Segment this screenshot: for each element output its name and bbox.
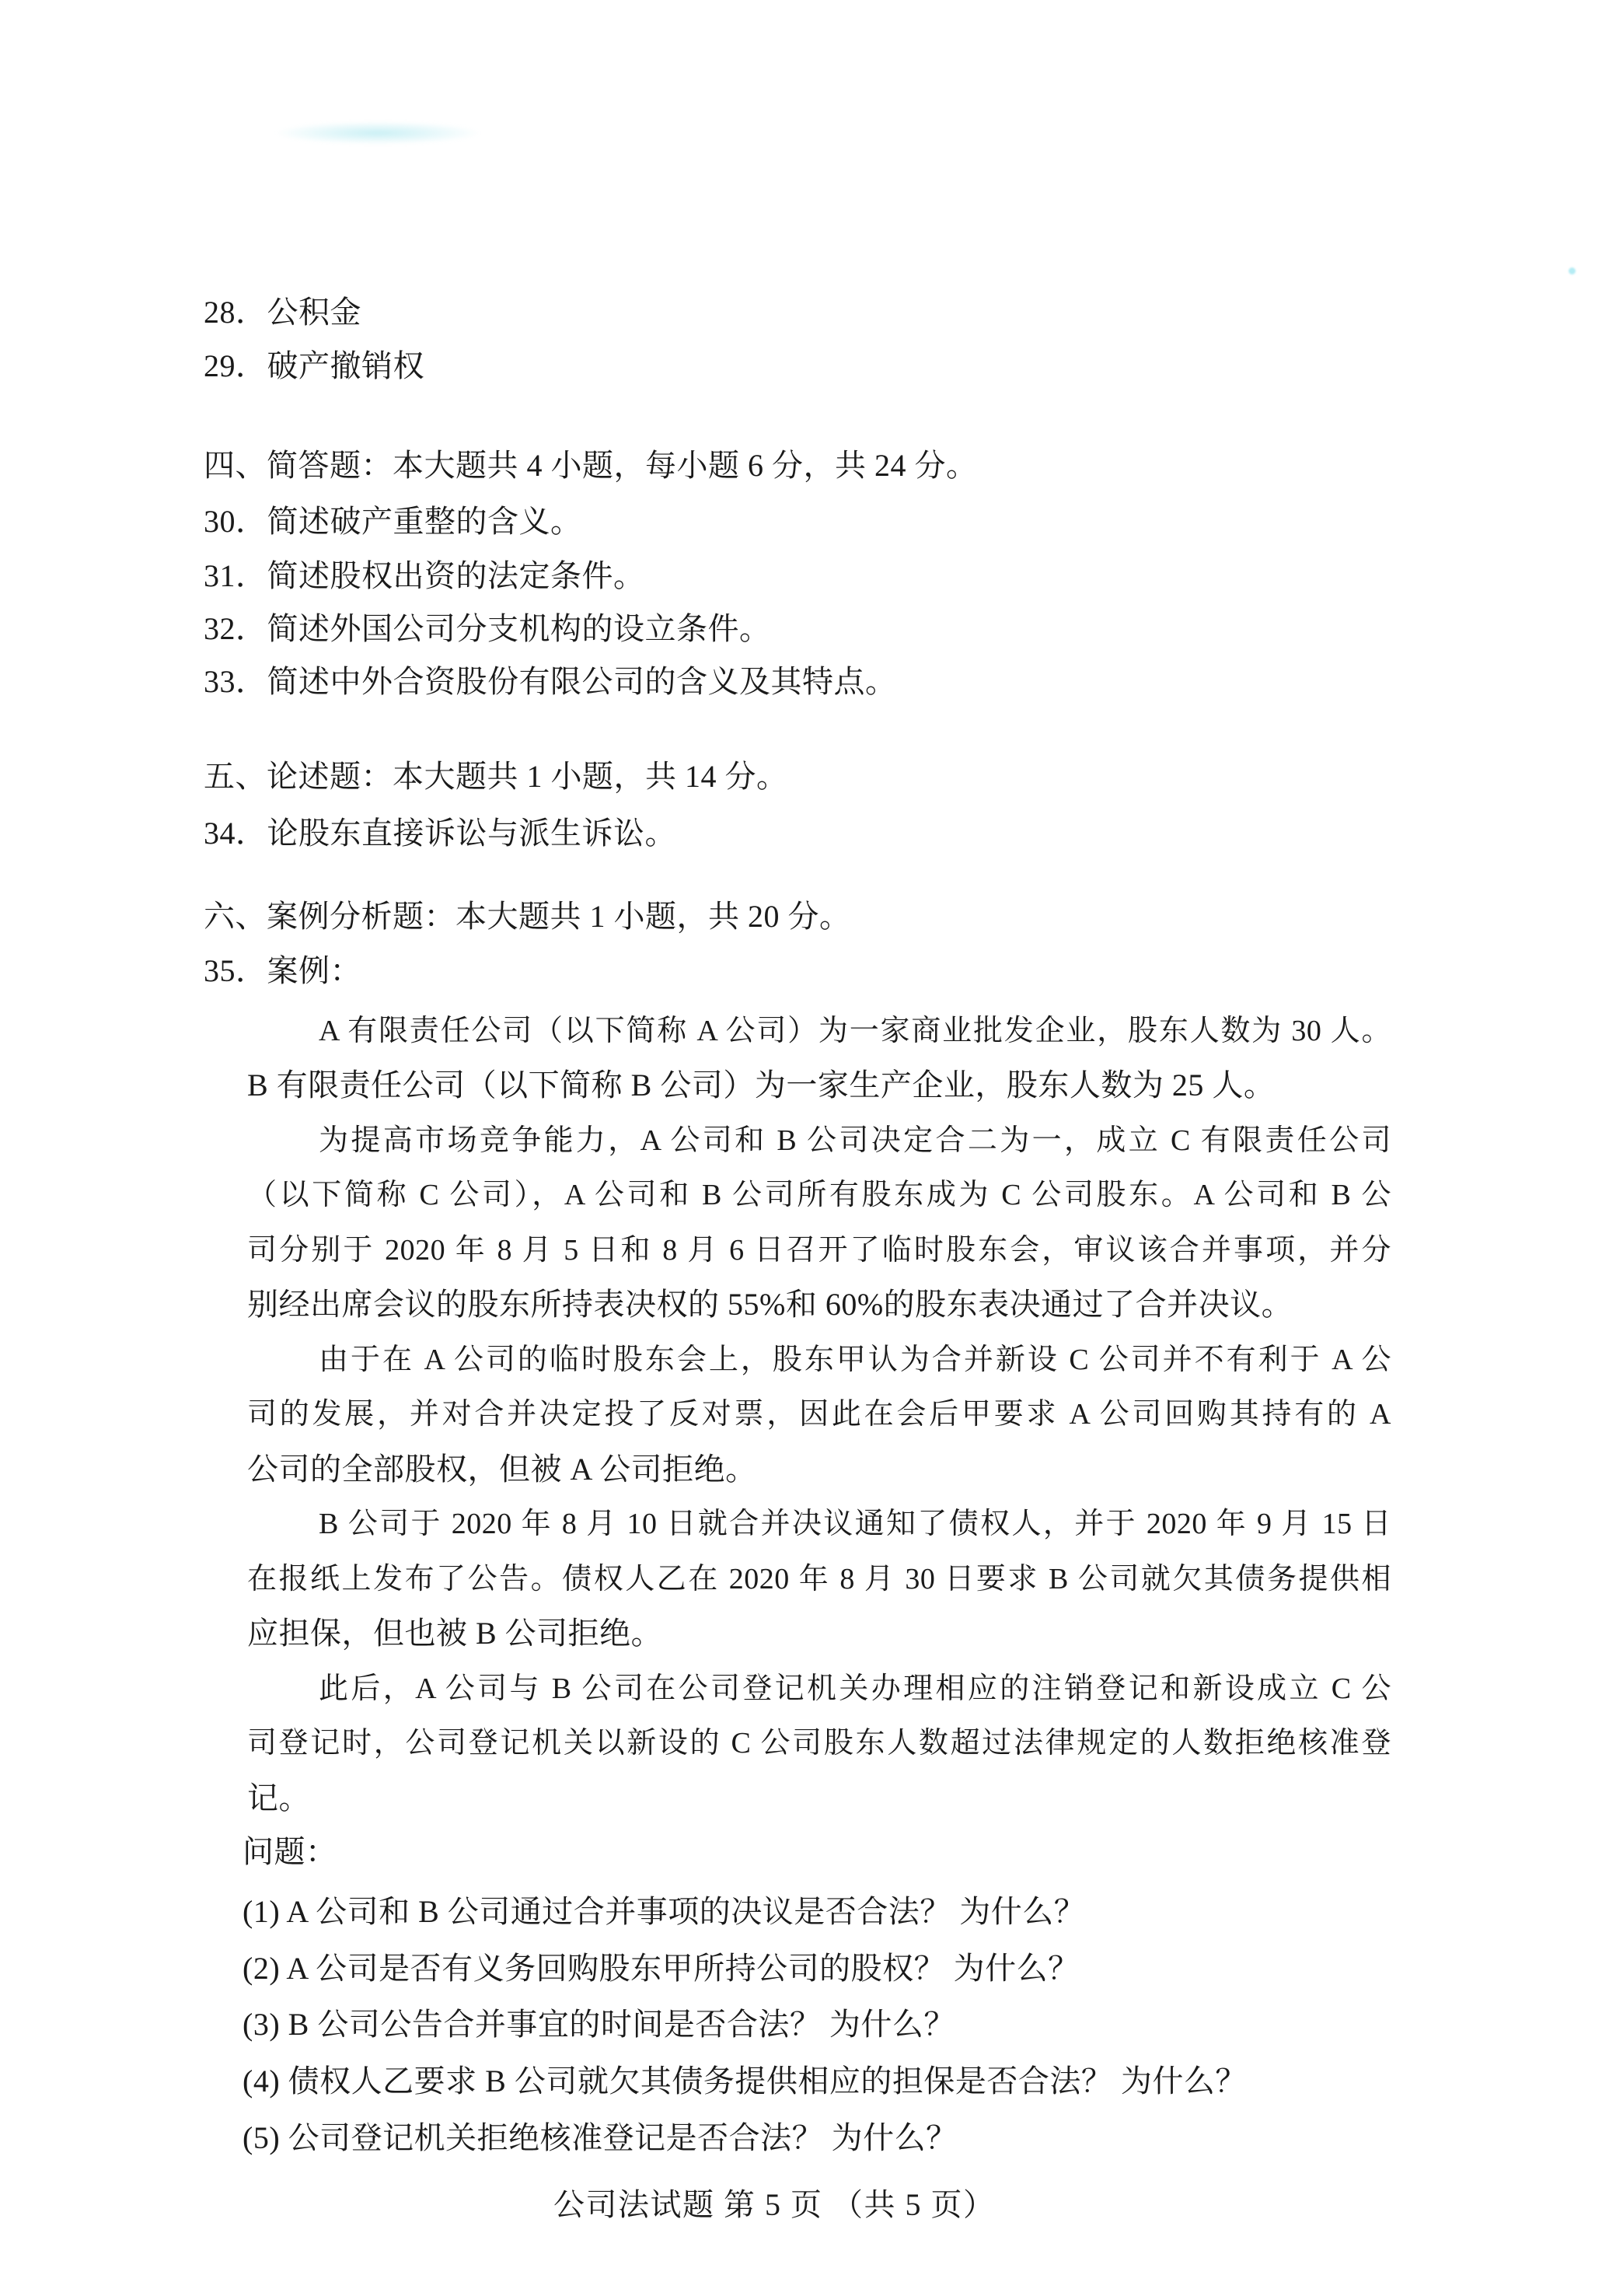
case-question-3: (3) B 公司公告合并事宜的时间是否合法？ 为什么？: [243, 2007, 955, 2043]
case-text-line: 应担保，但也被 B 公司拒绝。: [247, 1616, 662, 1651]
case-question-5: (5) 公司登记机关拒绝核准登记是否合法？ 为什么？: [243, 2120, 958, 2156]
exam-paper-page: 28．公积金 29．破产撤销权 四、简答题：本大题共 4 小题，每小题 6 分，…: [0, 0, 1616, 2296]
case-text-line: 在报纸上发布了公告。债权人乙在 2020 年 8 月 30 日要求 B 公司就欠…: [247, 1561, 1391, 1597]
case-text-line: 司分别于 2020 年 8 月 5 日和 8 月 6 日召开了临时股东会，审议该…: [247, 1232, 1391, 1268]
scan-dot-artifact: [1569, 267, 1576, 274]
case-text-line: B 公司于 2020 年 8 月 10 日就合并决议通知了债权人，并于 2020…: [247, 1506, 1391, 1542]
case-question-2: (2) A 公司是否有义务回购股东甲所持公司的股权？ 为什么？: [243, 1951, 1080, 1987]
case-text-line: 别经出席会议的股东所持表决权的 55%和 60%的股东表决通过了合并决议。: [247, 1287, 1293, 1323]
case-text-line: （以下简称 C 公司），A 公司和 B 公司所有股东成为 C 公司股东。A 公司…: [247, 1177, 1391, 1213]
case-questions-label: 问题：: [243, 1834, 337, 1870]
question-31: 31．简述股权出资的法定条件。: [204, 558, 645, 594]
case-text-line: 司的发展，并对合并决定投了反对票，因此在会后甲要求 A 公司回购其持有的 A: [247, 1396, 1391, 1432]
case-text-line: 记。: [247, 1781, 310, 1816]
question-34: 34．论股东直接诉讼与派生诉讼。: [204, 816, 676, 851]
case-text-line: 司登记时，公司登记机关以新设的 C 公司股东人数超过法律规定的人数拒绝核准登: [247, 1725, 1391, 1761]
section-heading-short-answer: 四、简答题：本大题共 4 小题，每小题 6 分，共 24 分。: [204, 448, 978, 484]
case-text-line: 由于在 A 公司的临时股东会上，股东甲认为合并新设 C 公司并不有利于 A 公: [247, 1342, 1391, 1378]
case-question-4: (4) 债权人乙要求 B 公司就欠其债务提供相应的担保是否合法？ 为什么？: [243, 2064, 1247, 2099]
case-text-line: 此后，A 公司与 B 公司在公司登记机关办理相应的注销登记和新设成立 C 公: [247, 1671, 1391, 1707]
question-35-case-label: 35．案例：: [204, 953, 361, 989]
page-footer: 公司法试题 第 5 页 （共 5 页）: [553, 2187, 996, 2223]
question-33: 33．简述中外合资股份有限公司的含义及其特点。: [204, 664, 897, 700]
case-text-line: 为提高市场竞争能力，A 公司和 B 公司决定合二为一，成立 C 有限责任公司: [247, 1123, 1391, 1158]
case-text-line: 公司的全部股权，但被 A 公司拒绝。: [247, 1452, 757, 1487]
section-heading-essay: 五、论述题：本大题共 1 小题，共 14 分。: [204, 759, 788, 795]
question-30: 30．简述破产重整的含义。: [204, 504, 582, 540]
case-text-line: B 有限责任公司（以下简称 B 公司）为一家生产企业，股东人数为 25 人。: [247, 1068, 1275, 1103]
case-text-line: A 有限责任公司（以下简称 A 公司）为一家商业批发企业，股东人数为 30 人。: [247, 1013, 1391, 1049]
scan-smudge-artifact: [274, 121, 482, 145]
term-item-29: 29．破产撤销权: [204, 348, 424, 384]
term-item-28: 28．公积金: [204, 295, 361, 330]
case-question-1: (1) A 公司和 B 公司通过合并事项的决议是否合法？ 为什么？: [243, 1894, 1085, 1930]
question-32: 32．简述外国公司分支机构的设立条件。: [204, 611, 771, 647]
section-heading-case-analysis: 六、案例分析题：本大题共 1 小题，共 20 分。: [204, 899, 851, 935]
